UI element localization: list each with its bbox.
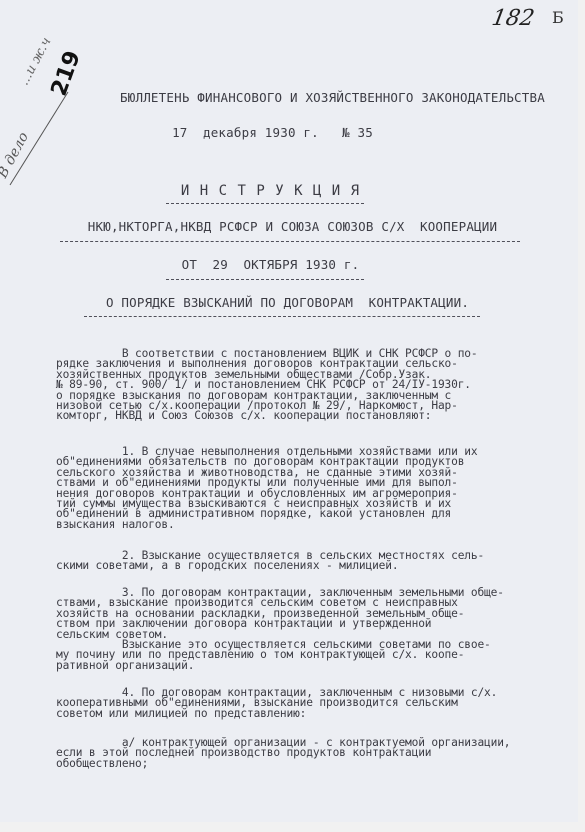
issuers-underline [60, 241, 520, 242]
text-line: советом или милицией по представлению: [56, 709, 556, 719]
issue-line: 17 декабря 1930 г. № 35 [0, 125, 565, 140]
text-line: взыскания налогов. [56, 520, 556, 530]
item-4-paragraph: 4. По договорам контрактации, заключенны… [56, 688, 556, 719]
text-line: ративной организаций. [56, 661, 556, 671]
subject-underline [84, 316, 480, 317]
item-4a-paragraph: а/ контрактующей организации - с контрак… [56, 738, 556, 769]
item-2-paragraph: 2. Взыскание осуществляется в сельских м… [56, 551, 556, 572]
document-date: ОТ 29 ОКТЯБРЯ 1930 г. [0, 257, 563, 272]
handwritten-corner-mark: Б [552, 8, 564, 27]
margin-note-top-text: ...и ж.ч [17, 35, 55, 88]
text-line: обобществлено; [56, 759, 556, 769]
handwritten-page-number: 182 [490, 6, 536, 31]
text-line: комторг, НКВД и Союз Союзов с/х. коопера… [56, 411, 556, 421]
doc-type-underline [166, 203, 364, 204]
text-line: скими советами, а в городских поселениях… [56, 561, 556, 571]
document-type: И Н С Т Р У К Ц И Я [0, 183, 563, 199]
document-subject: О ПОРЯДКЕ ВЗЫСКАНИЙ ПО ДОГОВОРАМ КОНТРАК… [0, 295, 580, 310]
item-1-paragraph: 1. В случае невыполнения отдельными хозя… [56, 447, 556, 530]
item-3-paragraph: 3. По договорам контрактации, заключенны… [56, 588, 556, 671]
preamble-paragraph: В соответствии с постановлением ВЦИК и С… [56, 349, 556, 422]
issuing-bodies: НКЮ,НКТОРГА,НКВД РСФСР И СОЮЗА СОЮЗОВ С/… [0, 219, 585, 234]
publication-title: БЮЛЛЕТЕНЬ ФИНАНСОВОГО И ХОЗЯЙСТВЕННОГО З… [40, 90, 585, 105]
date-underline [166, 279, 364, 280]
